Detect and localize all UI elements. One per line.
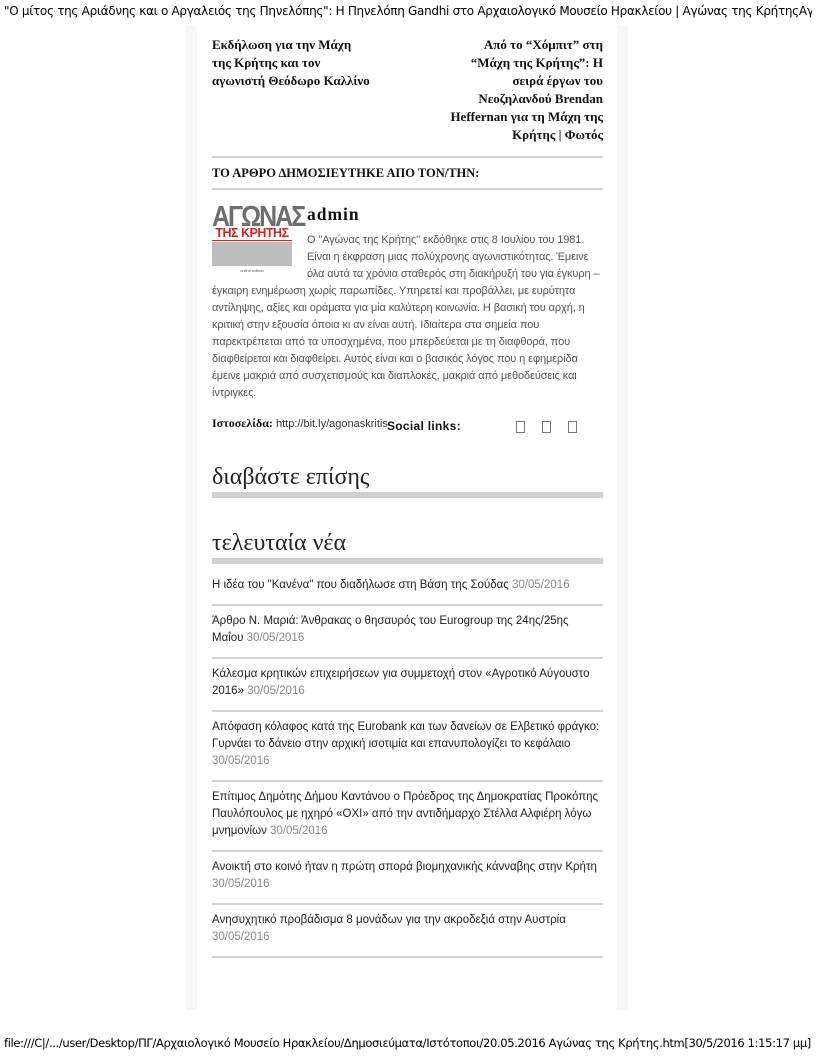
- next-post-link[interactable]: Από το “Χόμπιτ” στη “Μάχη της Κρήτης”: Η…: [443, 36, 603, 144]
- previous-post-link[interactable]: Εκδήλωση για την Μάχη της Κρήτης και τον…: [212, 36, 372, 90]
- author-name[interactable]: admin: [307, 204, 360, 225]
- news-item: Ανησυχητικό προβάδισμα 8 μονάδων για την…: [212, 905, 603, 958]
- print-header-title: "Ο μίτος της Αριάδνης και ο Αργαλειός τη…: [4, 4, 812, 18]
- news-date: 30/05/2016: [247, 632, 305, 644]
- website-link[interactable]: http://bit.ly/agonaskritis: [276, 418, 388, 430]
- social-link-icon[interactable]: [516, 421, 525, 433]
- news-item: Ανοικτή στο κοινό ήταν η πρώτη σπορά βιο…: [212, 852, 603, 905]
- news-item: Άρθρο Ν. Μαριά: Άνθρακας ο θησαυρός του …: [212, 606, 603, 659]
- social-links-label: Social links:: [387, 419, 461, 433]
- section-bar: [212, 558, 603, 564]
- news-date: 30/05/2016: [247, 685, 305, 697]
- news-date: 30/05/2016: [212, 878, 270, 890]
- social-link-icon[interactable]: [542, 421, 551, 433]
- latest-news-title: τελευταία νέα: [212, 528, 603, 558]
- website-label: Ιστοσελίδα:: [212, 416, 273, 430]
- author-bio: Ο "Αγώνας της Κρήτης" εκδόθηκε στις 8 Ιο…: [212, 232, 603, 402]
- author-website-row: Ιστοσελίδα: http://bit.ly/agonaskritis S…: [212, 416, 603, 434]
- news-item: Κάλεσμα κρητικών επιχειρήσεων για συμμετ…: [212, 659, 603, 712]
- bio-logo-spacer: [212, 232, 307, 283]
- news-date: 30/05/2016: [270, 825, 328, 837]
- news-title-link[interactable]: Ανησυχητικό προβάδισμα 8 μονάδων για την…: [212, 914, 566, 926]
- latest-news-section: τελευταία νέα: [212, 528, 603, 564]
- latest-news-list: Η ιδέα του "Κανένα" που διαδήλωσε στη Βά…: [212, 570, 603, 958]
- news-title-link[interactable]: Ανοικτή στο κοινό ήταν η πρώτη σπορά βιο…: [212, 861, 597, 873]
- print-footer-path: file:///C|/.../user/Desktop/ΠΓ/Αρχαιολογ…: [4, 1036, 812, 1050]
- news-item: Η ιδέα του "Κανένα" που διαδήλωσε στη Βά…: [212, 570, 603, 606]
- article-page: Εκδήλωση για την Μάχη της Κρήτης και τον…: [197, 26, 617, 1010]
- read-also-title: διαβάστε επίσης: [212, 462, 603, 492]
- content-column: Εκδήλωση για την Μάχη της Κρήτης και τον…: [212, 26, 603, 450]
- news-date: 30/05/2016: [212, 931, 270, 943]
- news-item: Επίτιμος Δημότης Δήμου Καντάνου ο Πρόεδρ…: [212, 782, 603, 852]
- news-date: 30/05/2016: [212, 755, 270, 767]
- social-link-icon[interactable]: [568, 421, 577, 433]
- author-heading: ΤΟ ΑΡΘΡΟ ΔΗΜΟΣΙΕΥΤΗΚΕ ΑΠΟ ΤΟΝ/ΤΗΝ:: [212, 158, 603, 188]
- author-box: ΑΓΩΝΑΣ ΤΗΣ ΚΡΗΤΗΣ online edition admin Ο…: [212, 190, 603, 450]
- news-item: Απόφαση κόλαφος κατά της Eurobank και τω…: [212, 712, 603, 782]
- post-navigation: Εκδήλωση για την Μάχη της Κρήτης και τον…: [212, 26, 603, 156]
- read-also-section: διαβάστε επίσης: [212, 462, 603, 498]
- news-date: 30/05/2016: [512, 579, 570, 591]
- section-bar: [212, 492, 603, 498]
- news-title-link[interactable]: Απόφαση κόλαφος κατά της Eurobank και τω…: [212, 721, 599, 750]
- news-title-link[interactable]: Η ιδέα του "Κανένα" που διαδήλωσε στη Βά…: [212, 579, 509, 591]
